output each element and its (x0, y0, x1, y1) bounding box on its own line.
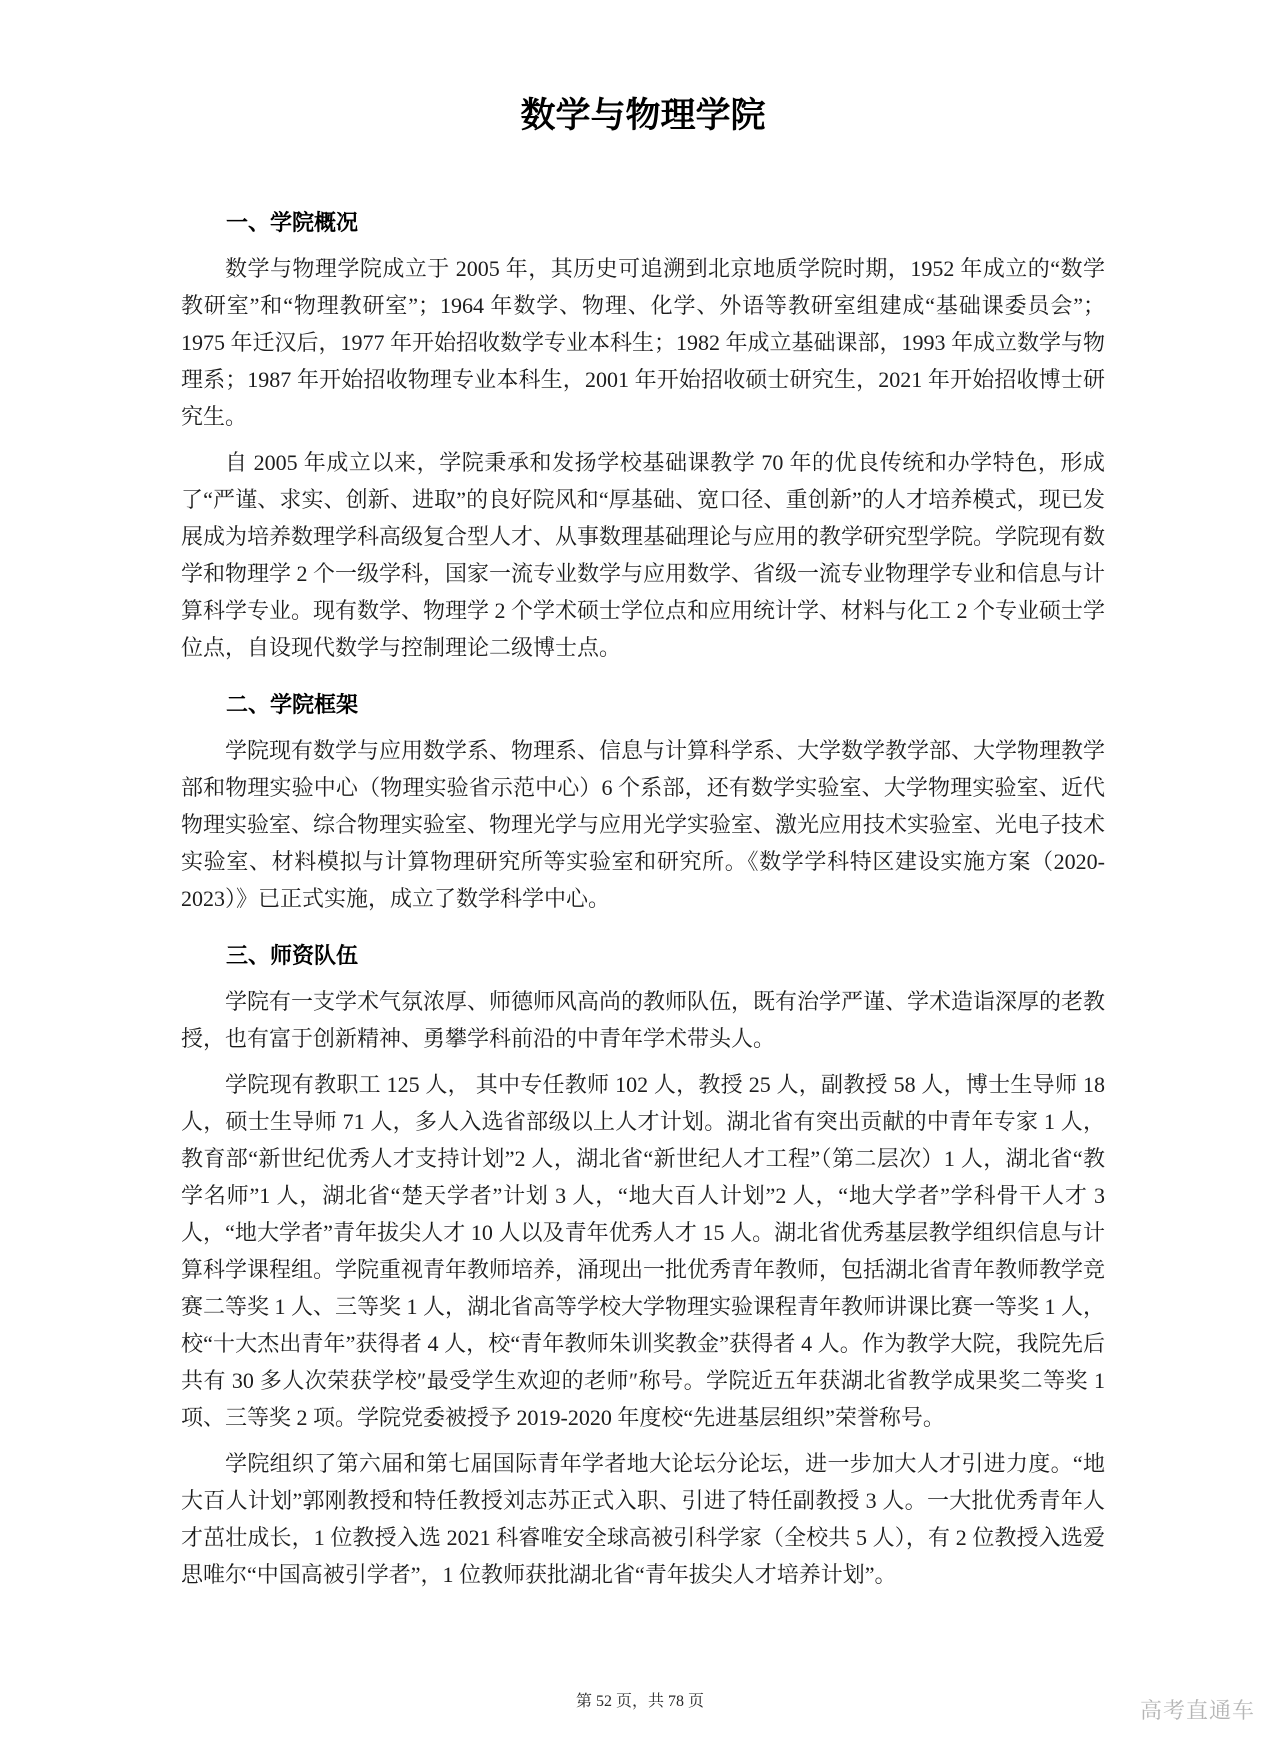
paragraph-departments: 学院现有数学与应用数学系、物理系、信息与计算科学系、大学数学教学部、大学物理教学… (181, 732, 1105, 917)
section-heading-faculty: 三、师资队伍 (181, 937, 1105, 974)
section-heading-overview: 一、学院概况 (181, 204, 1105, 241)
document-page: 数学与物理学院 一、学院概况 数学与物理学院成立于 2005 年，其历史可追溯到… (0, 0, 1280, 1749)
page-title: 数学与物理学院 (181, 0, 1105, 140)
section-heading-framework: 二、学院框架 (181, 686, 1105, 723)
paragraph-faculty-intro: 学院有一支学术气氛浓厚、师德师风高尚的教师队伍，既有治学严谨、学术造诣深厚的老教… (181, 983, 1105, 1057)
paragraph-faculty-stats: 学院现有教职工 125 人， 其中专任教师 102 人，教授 25 人，副教授 … (181, 1066, 1105, 1436)
paragraph-development: 自 2005 年成立以来，学院秉承和发扬学校基础课教学 70 年的优良传统和办学… (181, 444, 1105, 666)
paragraph-history: 数学与物理学院成立于 2005 年，其历史可追溯到北京地质学院时期，1952 年… (181, 250, 1105, 435)
paragraph-talent-recruitment: 学院组织了第六届和第七届国际青年学者地大论坛分论坛，进一步加大人才引进力度。“地… (181, 1445, 1105, 1593)
watermark-text: 高考直通车 (1140, 1694, 1255, 1725)
document-content: 数学与物理学院 一、学院概况 数学与物理学院成立于 2005 年，其历史可追溯到… (181, 0, 1105, 1602)
page-number: 第 52 页，共 78 页 (0, 1688, 1280, 1711)
